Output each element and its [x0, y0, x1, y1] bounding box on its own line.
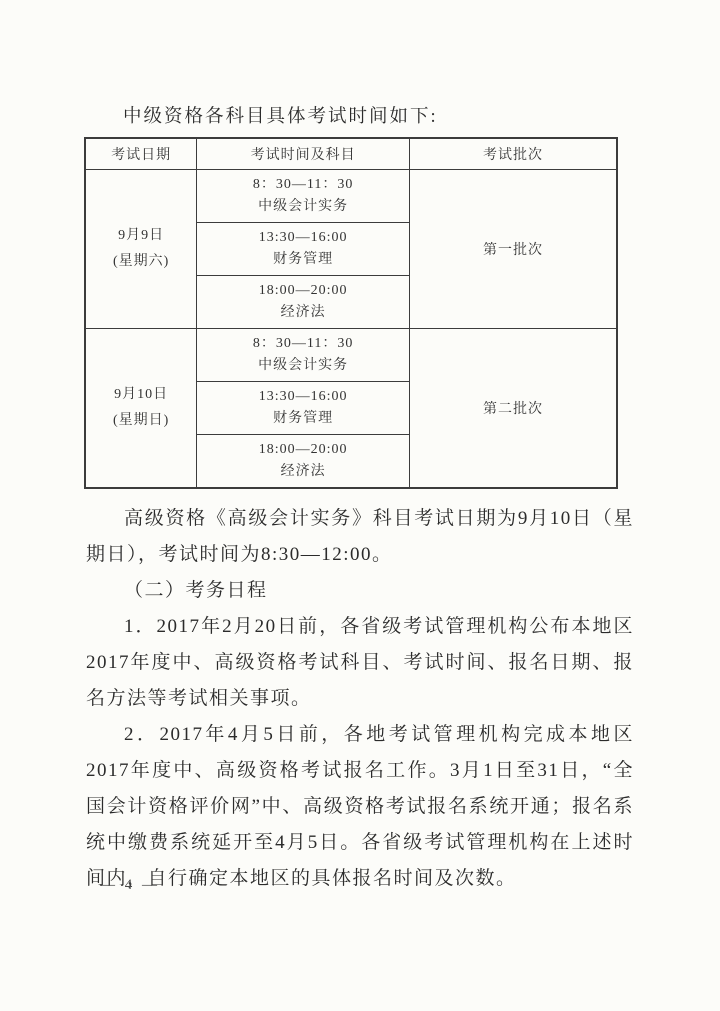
schedule-item-2: 2．2017年4月5日前，各地考试管理机构完成本地区2017年度中、高级资格考试… [86, 717, 634, 897]
session-subject: 财务管理 [197, 249, 409, 271]
session-time: 8：30—11：30 [197, 333, 409, 355]
session-cell: 18:00—20:00 经济法 [197, 434, 410, 488]
session-time: 18:00—20:00 [197, 439, 409, 461]
session-subject: 中级会计实务 [197, 355, 409, 377]
section-heading: （二）考务日程 [86, 573, 634, 609]
session-time: 13:30—16:00 [197, 386, 409, 408]
session-subject: 中级会计实务 [197, 196, 409, 218]
weekday-text: (星期六) [86, 249, 196, 275]
batch-cell-first: 第一批次 [410, 169, 617, 328]
session-time: 8：30—11：30 [197, 174, 409, 196]
table-row: 9月10日 (星期日) 8：30—11：30 中级会计实务 第二批次 [85, 328, 617, 381]
col-header-exam-date: 考试日期 [85, 138, 197, 169]
batch-cell-second: 第二批次 [410, 328, 617, 488]
session-cell: 13:30—16:00 财务管理 [197, 222, 410, 275]
date-text: 9月9日 [86, 223, 196, 249]
session-time: 13:30—16:00 [197, 227, 409, 249]
session-time: 18:00—20:00 [197, 280, 409, 302]
date-cell-sep9: 9月9日 (星期六) [85, 169, 197, 328]
weekday-text: (星期日) [86, 408, 196, 434]
date-cell-sep10: 9月10日 (星期日) [85, 328, 197, 488]
exam-schedule-table: 考试日期 考试时间及科目 考试批次 9月9日 (星期六) 8：30—11：30 … [84, 137, 618, 489]
col-header-time-subject: 考试时间及科目 [197, 138, 410, 169]
col-header-batch: 考试批次 [410, 138, 617, 169]
session-cell: 18:00—20:00 经济法 [197, 275, 410, 328]
session-subject: 财务管理 [197, 408, 409, 430]
page-number: — 4 — [100, 877, 160, 894]
page-content: 中级资格各科目具体考试时间如下: 考试日期 考试时间及科目 考试批次 9月9日 … [86, 0, 634, 897]
session-cell: 8：30—11：30 中级会计实务 [197, 169, 410, 222]
session-subject: 经济法 [197, 461, 409, 483]
session-cell: 8：30—11：30 中级会计实务 [197, 328, 410, 381]
table-header-row: 考试日期 考试时间及科目 考试批次 [85, 138, 617, 169]
document-page: 中级资格各科目具体考试时间如下: 考试日期 考试时间及科目 考试批次 9月9日 … [0, 0, 720, 1011]
schedule-item-1: 1．2017年2月20日前，各省级考试管理机构公布本地区2017年度中、高级资格… [86, 609, 634, 717]
body-text-block: 高级资格《高级会计实务》科目考试日期为9月10日（星期日），考试时间为8:30—… [86, 501, 634, 897]
date-text: 9月10日 [86, 382, 196, 408]
session-cell: 13:30—16:00 财务管理 [197, 381, 410, 434]
table-row: 9月9日 (星期六) 8：30—11：30 中级会计实务 第一批次 [85, 169, 617, 222]
session-subject: 经济法 [197, 302, 409, 324]
senior-exam-note: 高级资格《高级会计实务》科目考试日期为9月10日（星期日），考试时间为8:30—… [86, 501, 634, 573]
intro-line: 中级资格各科目具体考试时间如下: [86, 104, 634, 130]
